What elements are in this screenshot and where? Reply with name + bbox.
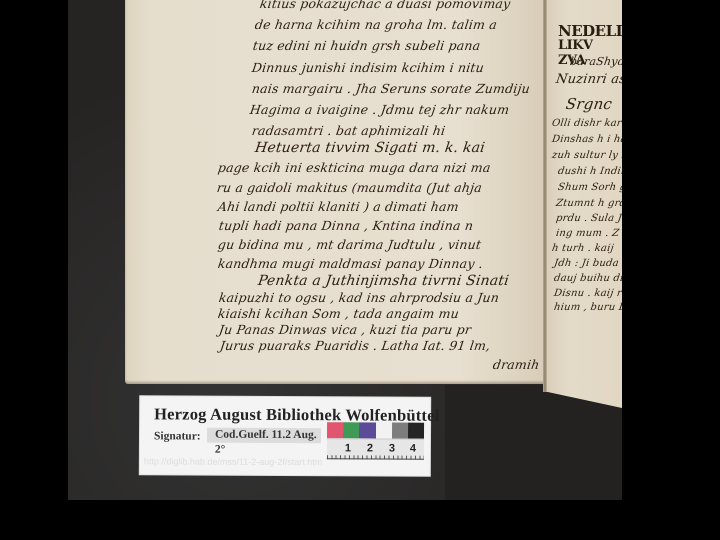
text-line: Jurus puaraks Puaridis . Latha Iat. 91 l… bbox=[219, 338, 491, 353]
text-line: dauj buihu ditl bbox=[553, 273, 632, 284]
swatch-black bbox=[408, 423, 424, 439]
text-line: Shum Sorh giru bbox=[557, 182, 642, 193]
signatur-label: Signatur: bbox=[154, 430, 201, 442]
text-line: hium , buru Div bbox=[553, 302, 637, 313]
text-line: Jdh : Ji buda bbox=[553, 258, 619, 269]
text-line: kiaishi kcihan Som , tada angaim mu bbox=[217, 306, 460, 321]
text-line: page kcih ini eskticina muga dara nizi m… bbox=[217, 160, 492, 175]
subheading: baraShyo bbox=[569, 55, 625, 68]
text-line: radasamtri . bat aphimizali hi bbox=[251, 123, 446, 138]
text-line: Hagima a ivaigine . Jdmu tej zhr nakum bbox=[249, 102, 510, 117]
text-line: zuh sultur ly ich bbox=[551, 150, 638, 161]
text-line: Ztumnt h grdl bbox=[555, 198, 630, 209]
swatch-gray bbox=[392, 423, 408, 439]
text-line: tuz edini ni huidn grsh subeli pana bbox=[252, 38, 482, 53]
text-line: ing mum . Z bbox=[555, 228, 620, 239]
initial-s: Srgnc bbox=[565, 95, 614, 113]
text-line: kitius pokazujchac a duasi pomovimay bbox=[259, 0, 512, 11]
left-manuscript-page: kitius pokazujchac a duasi pomovimay de … bbox=[125, 0, 545, 384]
ruler-number: 4 bbox=[410, 443, 416, 455]
color-swatches bbox=[327, 422, 424, 439]
library-catalog-label: Herzog August Bibliothek Wolfenbüttel Si… bbox=[140, 396, 430, 476]
ruler-number: 2 bbox=[367, 442, 373, 454]
ruler-number: 3 bbox=[389, 443, 395, 455]
text-line: gu bidina mu , mt darima Judtulu , vinut bbox=[217, 237, 482, 252]
text-line: Ahi landi poltii klaniti ) a dimati ham bbox=[217, 199, 460, 214]
swatch-white bbox=[376, 422, 392, 438]
text-line: tupli hadi pana Dinna , Kntina indina n bbox=[218, 218, 474, 233]
text-line: dushi h Indirs bbox=[557, 166, 632, 177]
text-line: ru a gaidoli makitus (maumdita (Jut ahja bbox=[216, 180, 483, 195]
text-line: kaipuzhi to ogsu , kad ins ahrprodsiu a … bbox=[218, 290, 500, 305]
faded-url-text: http://diglib.hab.de/mss/11-2-aug-2f/sta… bbox=[144, 456, 424, 471]
text-line: prdu . Sula Jahu bbox=[555, 213, 642, 224]
text-line: de harna kcihim na groha lm. talim a bbox=[254, 17, 498, 32]
text-line: Disnu . kaij ri bbox=[553, 288, 626, 299]
book-gutter bbox=[543, 0, 547, 392]
text-line: Dinshas h i han bbox=[551, 134, 634, 145]
right-manuscript-page: NEDELIAN LIKV ZVA baraShyo Nuzinri as Sr… bbox=[546, 0, 622, 408]
text-line: nais margairu . Jha Seruns sorate Zumdij… bbox=[251, 81, 531, 96]
text-line: Hetuerta tivvim Sigati m. k. kai bbox=[254, 140, 486, 156]
swatch-purple bbox=[359, 422, 375, 438]
text-line: h turh . kaij bbox=[551, 243, 614, 254]
text-line: Dinnus junishi indisim kcihim i nitu bbox=[251, 60, 485, 75]
color-calibration-chart: 1 2 3 4 bbox=[327, 422, 424, 459]
text-line: Olli dishr kar bbox=[551, 118, 622, 129]
text-line: kandhma mugi maldmasi panay Dinnay . bbox=[217, 256, 484, 271]
swatch-green bbox=[343, 422, 359, 438]
text-line: Penkta a Juthinjimsha tivrni Sinati bbox=[257, 273, 510, 289]
text-line: Ju Panas Dinwas vica , kuzi tia paru pr bbox=[218, 322, 472, 337]
swatch-red bbox=[327, 422, 343, 438]
ruler-number: 1 bbox=[345, 442, 351, 454]
signatur-value: Cod.Guelf. 11.2 Aug. 2° bbox=[207, 428, 321, 444]
initial-line: Nuzinri as bbox=[555, 72, 627, 87]
